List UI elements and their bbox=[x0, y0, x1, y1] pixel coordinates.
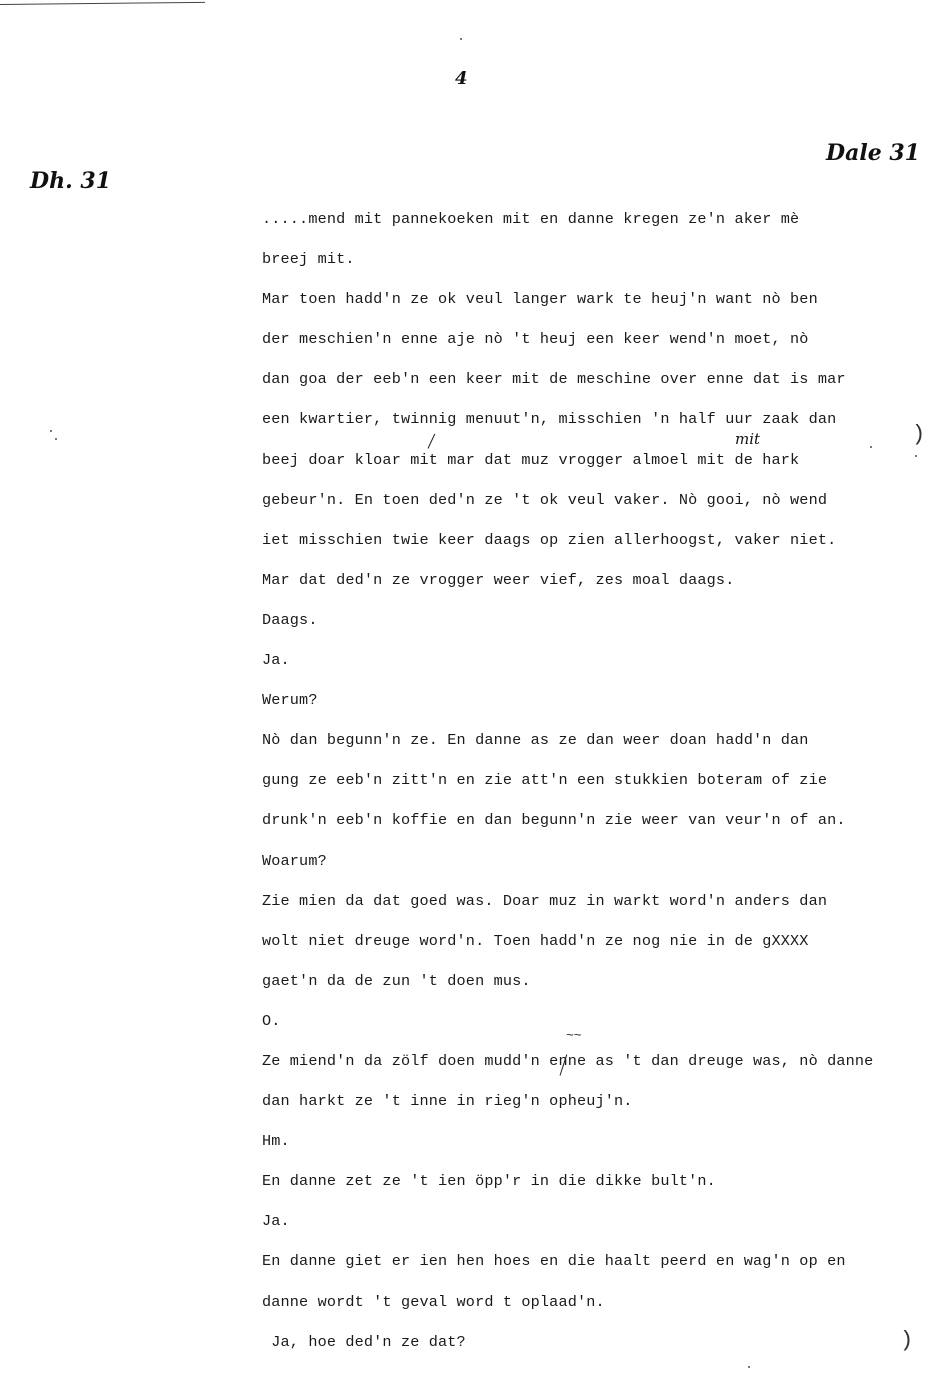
transcript-line: Ja. bbox=[262, 648, 942, 688]
transcript-line: Ze miend'n da zölf doen mudd'n enne as '… bbox=[262, 1049, 942, 1089]
transcript-line: dan goa der eeb'n een keer mit de meschi… bbox=[262, 367, 942, 407]
transcript-line: drunk'n eeb'n koffie en dan begunn'n zie… bbox=[262, 808, 942, 848]
transcript-line: der meschien'n enne aje nò 't heuj een k… bbox=[262, 327, 942, 367]
transcript-line: gebeur'n. En toen ded'n ze 't ok veul va… bbox=[262, 488, 942, 528]
transcript-line: Hm. bbox=[262, 1129, 942, 1169]
scan-speck bbox=[50, 430, 52, 432]
transcript-line: Woarum? bbox=[262, 849, 942, 889]
transcript-line: dan harkt ze 't inne in rieg'n opheuj'n. bbox=[262, 1089, 942, 1129]
transcript-line: beej doar kloar mit mar dat muz vrogger … bbox=[262, 448, 942, 488]
scan-edge-rule bbox=[0, 2, 205, 5]
transcript-line: En danne giet er ien hen hoes en die haa… bbox=[262, 1249, 942, 1289]
transcript-line: O. bbox=[262, 1009, 942, 1049]
transcript-body: .....mend mit pannekoeken mit en danne k… bbox=[262, 207, 942, 1370]
transcript-line: een kwartier, twinnig menuut'n, misschie… bbox=[262, 407, 942, 447]
transcript-line: Mar toen hadd'n ze ok veul langer wark t… bbox=[262, 287, 942, 327]
transcript-line: Zie mien da dat goed was. Doar muz in wa… bbox=[262, 889, 942, 929]
transcript-line: gaet'n da de zun 't doen mus. bbox=[262, 969, 942, 1009]
transcript-line: Daags. bbox=[262, 608, 942, 648]
transcript-line: Ja, hoe ded'n ze dat? bbox=[262, 1330, 942, 1370]
transcript-line: Mar dat ded'n ze vrogger weer vief, zes … bbox=[262, 568, 942, 608]
scan-speck bbox=[55, 438, 57, 440]
transcript-line: wolt niet dreuge word'n. Toen hadd'n ze … bbox=[262, 929, 942, 969]
transcript-line: .....mend mit pannekoeken mit en danne k… bbox=[262, 207, 942, 247]
margin-annotation-left: Dh. 31 bbox=[30, 168, 111, 194]
transcript-line: breej mit. bbox=[262, 247, 942, 287]
transcript-line: gung ze eeb'n zitt'n en zie att'n een st… bbox=[262, 768, 942, 808]
transcript-line: danne wordt 't geval word t oplaad'n. bbox=[262, 1290, 942, 1330]
transcript-line: Werum? bbox=[262, 688, 942, 728]
transcript-line: Ja. bbox=[262, 1209, 942, 1249]
page-number: 4 bbox=[455, 68, 468, 89]
transcript-line: En danne zet ze 't ien öpp'r in die dikk… bbox=[262, 1169, 942, 1209]
transcript-line: iet misschien twie keer daags op zien al… bbox=[262, 528, 942, 568]
margin-annotation-right: Dale 31 bbox=[826, 140, 920, 166]
scan-speck bbox=[460, 38, 462, 40]
transcript-line: Nò dan begunn'n ze. En danne as ze dan w… bbox=[262, 728, 942, 768]
